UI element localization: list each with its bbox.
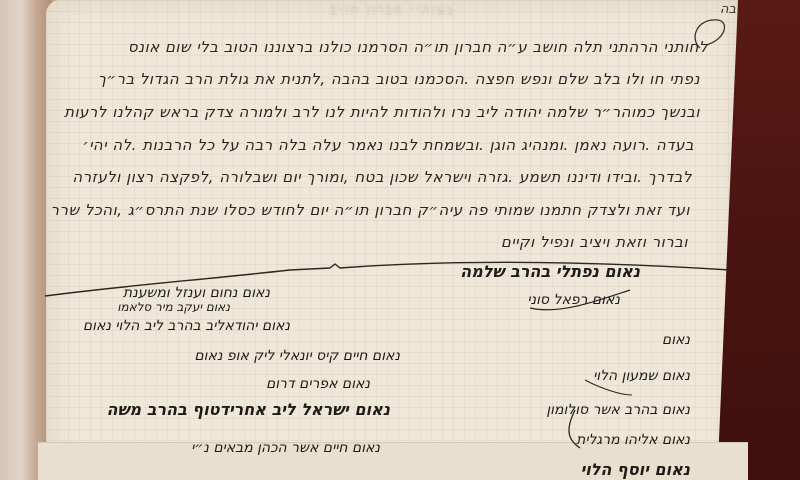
letter-line: נפתי חו ולו בלב שלם ונפש חפצה .הסכמנו בט… [98, 70, 700, 88]
signature: נאום נפתלי בהרב שלמה [460, 262, 640, 281]
header-mark: בה [720, 2, 736, 17]
signature: נאום אפרים דרום [266, 376, 370, 392]
left-background [0, 0, 52, 480]
signature: נאום נחום וענזל ומשענת [123, 285, 270, 301]
signature: נאום ישראל ליב אחרידטוף בהרב משה [107, 400, 390, 419]
letter-line: לבדרך .ובידו ודיננו תשמע .גזרה וישראל שכ… [72, 168, 692, 186]
signature: נאום בהרב אשר סולומון [546, 402, 690, 418]
letter-line: בעדה .רועה נאמן .ומנהיג הוגן .ובשמחת לבנ… [82, 136, 694, 154]
signature: נאום אליהו מרגלית [576, 432, 690, 448]
signature: נאום יעקב מיר סלאמו [117, 300, 230, 314]
letter-line: ועד זאת ולצדק חתמנו שמותי פה עיה״ק חברון… [51, 201, 690, 219]
signature: נאום רפאל סוני [527, 292, 620, 308]
letter-line: ובנשך כמוהר״ר שלמה יהודה ליב נרו ולהודות… [64, 103, 700, 121]
signature: נאום חיים קיס יונאלי ליק אופ נאום [194, 348, 400, 364]
signature: נאום יוסף הלוי [581, 460, 690, 479]
signature: נאום יהודאליב בהרב ליב הלוי נאום [83, 318, 290, 334]
signature: נאום [662, 332, 690, 348]
signature: נאום שמעון הלוי [593, 368, 690, 384]
letter-line: וברור וזאת ויציב ונפיל וקיים [501, 233, 688, 251]
letter-line: לחותני הרהתני תלה חושב ע״ה חברון תו״ה הס… [128, 38, 708, 56]
bleed-through-header: בעזה״י חברון תו״ב [330, 2, 455, 18]
signature: נאום חיים אשר הכהן מבאים נ״י [191, 440, 380, 456]
